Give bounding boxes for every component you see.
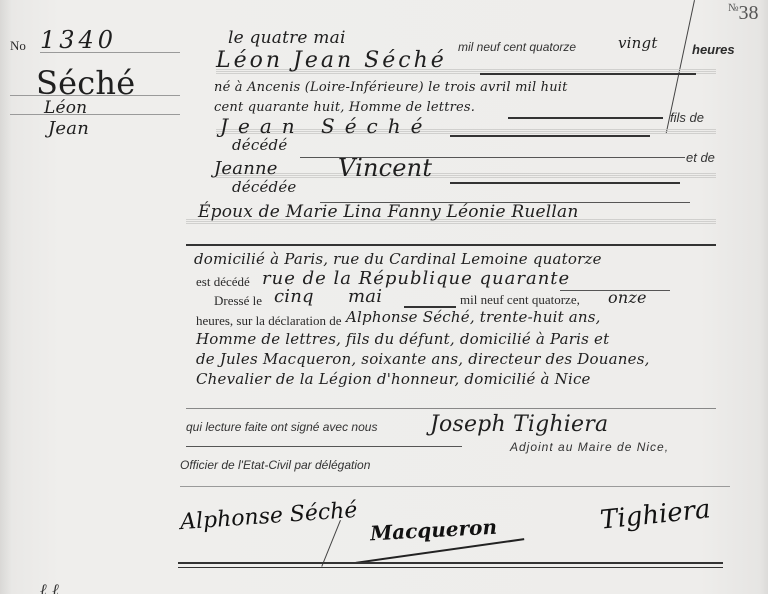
hand-mother-status: décédée [232, 178, 297, 196]
hand-mother-first-name: Jeanne [214, 158, 278, 179]
hand-birth-info-cont: cent quarante huit, Homme de lettres. [214, 100, 475, 115]
margin-given-name-1: Léon [44, 98, 87, 118]
hand-witness-honours: Chevalier de la Légion d'honneur, domici… [196, 370, 591, 388]
hand-father-name: Jean Séché [220, 114, 432, 138]
margin-surname: Séché [36, 64, 135, 102]
print-fils-de: fils de [670, 110, 704, 125]
page-number-prefix: № [728, 2, 739, 14]
closing-rule [178, 567, 723, 568]
print-year-2: mil neuf cent quatorze, [460, 292, 580, 308]
print-hours: heures [692, 42, 735, 57]
civil-record-page: №38 No 1340 Séché Léon Jean le quatre ma… [0, 0, 768, 594]
next-record-fragment: ℓ ℓ [40, 580, 59, 594]
signature-declarant: Alphonse Séché [179, 498, 358, 535]
record-number-label: No [10, 38, 26, 54]
hand-birth-info: né à Ancenis (Loire-Inférieure) le trois… [214, 80, 568, 95]
print-lecture: qui lecture faite ont signé avec nous [186, 420, 377, 434]
print-est-decede: est décédé [196, 274, 250, 290]
hand-domicile: domicilié à Paris, rue du Cardinal Lemoi… [194, 250, 602, 268]
hand-witness-details: de Jules Macqueron, soixante ans, direct… [196, 350, 650, 368]
fill-line [508, 117, 663, 119]
signature-stroke [321, 520, 341, 567]
print-dresse-le: Dressé le [214, 293, 262, 309]
hand-hour: vingt [618, 34, 658, 52]
print-et-de: et de [686, 150, 715, 165]
hand-deceased-name: Léon Jean Séché [216, 48, 447, 73]
record-number-value: 1340 [40, 26, 117, 54]
fill-line [450, 135, 650, 137]
margin-given-name-2: Jean [48, 118, 89, 139]
print-declaration: heures, sur la déclaration de [196, 313, 341, 329]
hand-hour-2: onze [608, 288, 647, 307]
page-number-value: 38 [739, 2, 759, 24]
hand-day: cinq [274, 286, 314, 307]
fill-line [186, 446, 462, 447]
section-divider [186, 244, 716, 246]
print-officier: Officier de l'Etat-Civil par délégation [180, 458, 370, 472]
signature-witness: Macqueron [369, 515, 497, 546]
section-divider [186, 408, 716, 409]
print-adjoint: Adjoint au Maire de Nice, [510, 440, 669, 454]
fill-line [480, 73, 696, 75]
hand-officer-name: Joseph Tighiera [430, 412, 608, 437]
closing-rule [178, 562, 723, 564]
signature-top-rule [180, 486, 730, 487]
margin-rule [10, 114, 180, 115]
signature-officer: Tighiera [599, 494, 712, 535]
page-number: №38 [728, 2, 759, 25]
hand-mother-last-name: Vincent [338, 154, 432, 182]
margin-rule [40, 52, 180, 53]
hand-spouse: Époux de Marie Lina Fanny Léonie Ruellan [198, 202, 578, 222]
hand-date: le quatre mai [228, 28, 346, 48]
margin-rule [10, 95, 180, 96]
hand-father-status: décédé [232, 136, 287, 154]
fill-line [450, 182, 680, 184]
hand-declarant-details: Homme de lettres, fils du défunt, domici… [196, 330, 609, 348]
print-year: mil neuf cent quatorze [458, 40, 576, 54]
hand-declarant: Alphonse Séché, trente-huit ans, [346, 308, 601, 326]
hand-month: mai [348, 286, 382, 307]
